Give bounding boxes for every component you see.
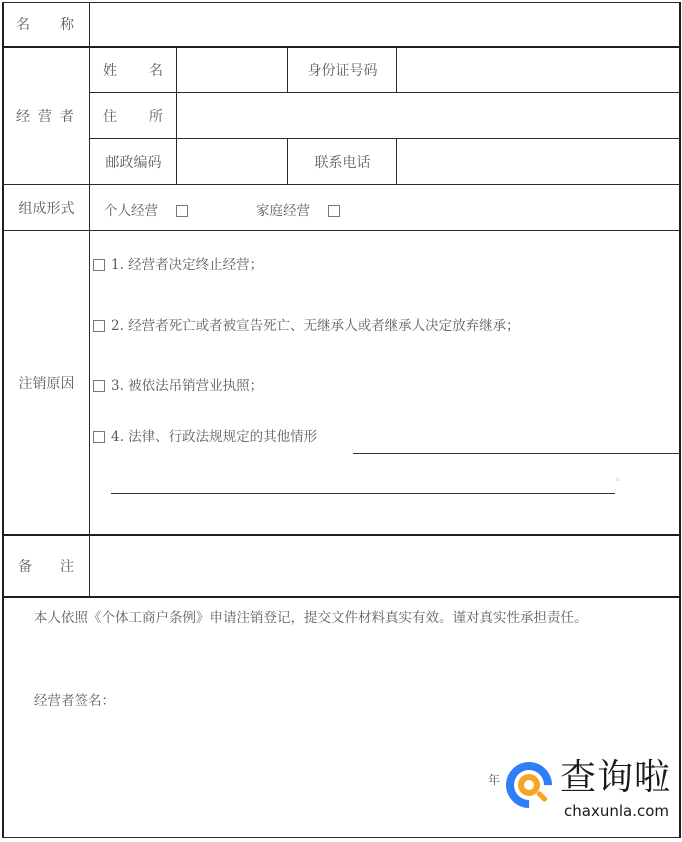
postal-code-label: 邮政编码 bbox=[91, 140, 176, 184]
table-border-top bbox=[2, 2, 680, 3]
checkbox-individual[interactable] bbox=[176, 205, 188, 217]
surname-label-char: 名 bbox=[149, 60, 163, 80]
watermark-logo: 查询啦 chaxunla.com bbox=[506, 758, 676, 824]
row-divider bbox=[2, 534, 680, 536]
name-label-char: 名 bbox=[16, 14, 30, 34]
composition-option-family[interactable]: 家庭经营 bbox=[256, 199, 346, 219]
reason-option-label: 2. 经营者死亡或者被宣告死亡、无继承人或者继承人决定放弃继承； bbox=[111, 318, 520, 334]
composition-option-label: 家庭经营 bbox=[256, 203, 310, 219]
signature-field[interactable] bbox=[120, 686, 420, 710]
col-divider bbox=[89, 2, 90, 596]
other-reason-fill-line-1[interactable] bbox=[353, 453, 679, 454]
composition-option-individual[interactable]: 个人经营 bbox=[104, 199, 194, 219]
row-divider bbox=[2, 184, 680, 185]
reason-option-1[interactable]: 1. 经营者决定终止经营； bbox=[93, 253, 263, 273]
address-label-char: 住 bbox=[103, 106, 117, 126]
reason-option-2[interactable]: 2. 经营者死亡或者被宣告死亡、无继承人或者继承人决定放弃继承； bbox=[93, 314, 520, 334]
remarks-field[interactable] bbox=[91, 537, 677, 594]
cancellation-reason-label: 注销原因 bbox=[4, 232, 89, 534]
col-divider bbox=[287, 138, 288, 184]
remarks-label-char: 备 bbox=[18, 556, 32, 576]
operator-label: 经 营 者 bbox=[16, 48, 74, 184]
composition-option-label: 个人经营 bbox=[104, 203, 158, 219]
row-divider bbox=[2, 230, 680, 231]
phone-field[interactable] bbox=[398, 140, 677, 183]
checkbox-reason-1[interactable] bbox=[93, 259, 105, 271]
reason-option-label: 1. 经营者决定终止经营； bbox=[111, 257, 263, 273]
operator-name-field[interactable] bbox=[178, 48, 286, 91]
address-label-char: 所 bbox=[149, 106, 163, 126]
reason-option-label: 3. 被依法吊销营业执照； bbox=[111, 378, 263, 394]
id-number-label: 身份证号码 bbox=[289, 48, 396, 92]
logo-text-en: chaxunla.com bbox=[564, 802, 669, 820]
declaration-text: 本人依照《个体工商户条例》申请注销登记，提交文件材料真实有效。谨对真实性承担责任… bbox=[34, 606, 588, 626]
postal-code-field[interactable] bbox=[178, 140, 286, 183]
col-divider bbox=[287, 46, 288, 92]
row-divider bbox=[2, 596, 680, 598]
surname-label: 姓 名 bbox=[103, 48, 163, 92]
checkbox-reason-2[interactable] bbox=[93, 320, 105, 332]
remarks-label-char: 注 bbox=[60, 556, 74, 576]
other-reason-fill-line-2[interactable] bbox=[111, 493, 615, 494]
operator-label-char: 营 bbox=[38, 106, 52, 126]
address-label: 住 所 bbox=[103, 94, 163, 138]
operator-label-char: 经 bbox=[16, 106, 30, 126]
checkbox-reason-3[interactable] bbox=[93, 380, 105, 392]
logo-text-cn: 查询啦 bbox=[560, 756, 671, 800]
id-number-field[interactable] bbox=[398, 48, 677, 91]
col-divider bbox=[396, 46, 397, 92]
name-label: 名 称 bbox=[16, 2, 74, 46]
phone-label: 联系电话 bbox=[289, 140, 396, 184]
row-divider bbox=[89, 138, 680, 139]
name-label-char: 称 bbox=[60, 14, 74, 34]
business-name-field[interactable] bbox=[91, 4, 677, 45]
checkbox-family[interactable] bbox=[328, 205, 340, 217]
reason-option-4[interactable]: 4. 法律、行政法规规定的其他情形 bbox=[93, 425, 317, 445]
composition-label: 组成形式 bbox=[4, 186, 89, 230]
other-reason-period: 。 bbox=[616, 470, 625, 483]
row-divider bbox=[89, 92, 680, 93]
table-border-bottom bbox=[2, 837, 680, 838]
col-divider bbox=[396, 138, 397, 184]
table-border-right bbox=[679, 2, 681, 838]
surname-label-char: 姓 bbox=[103, 60, 117, 80]
signature-label: 经营者签名： bbox=[34, 689, 115, 709]
reason-option-3[interactable]: 3. 被依法吊销营业执照； bbox=[93, 374, 263, 394]
date-year-label: 年 bbox=[488, 771, 500, 788]
checkbox-reason-4[interactable] bbox=[93, 431, 105, 443]
reason-option-label: 4. 法律、行政法规规定的其他情形 bbox=[111, 429, 317, 445]
operator-label-char: 者 bbox=[60, 106, 74, 126]
col-divider bbox=[176, 46, 177, 184]
remarks-label: 备 注 bbox=[18, 536, 74, 596]
address-field[interactable] bbox=[178, 94, 677, 137]
